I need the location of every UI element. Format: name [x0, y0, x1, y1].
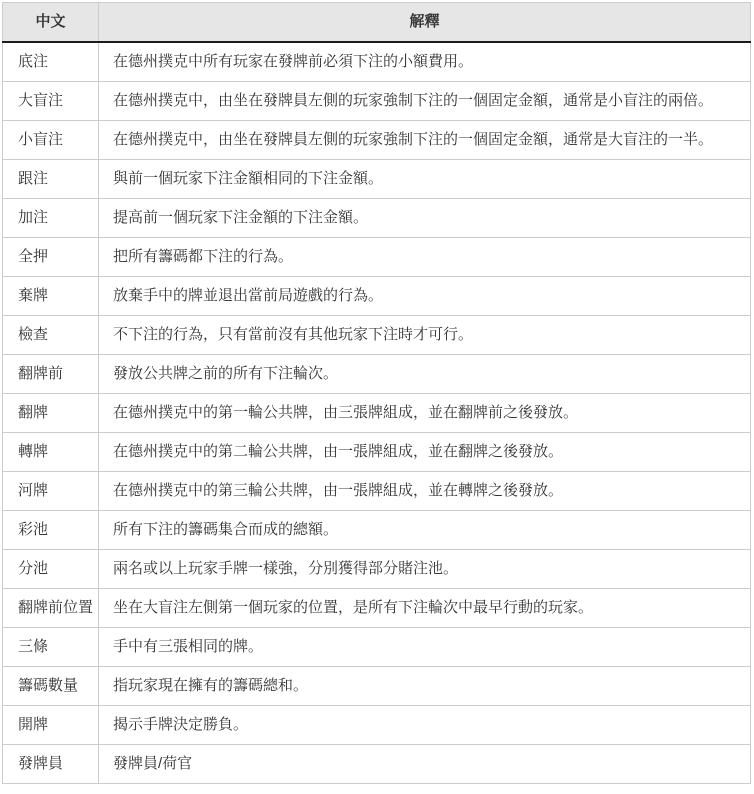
table-row: 翻牌前位置坐在大盲注左側第一個玩家的位置，是所有下注輪次中最早行動的玩家。: [3, 589, 751, 628]
table-row: 分池兩名或以上玩家手牌一樣強，分別獲得部分賭注池。: [3, 550, 751, 589]
table-row: 發牌員發牌員/荷官: [3, 745, 751, 784]
term-cell: 河牌: [3, 472, 99, 511]
term-cell: 轉牌: [3, 433, 99, 472]
definition-cell: 在德州撲克中的第二輪公共牌，由一張牌組成，並在翻牌之後發放。: [99, 433, 751, 472]
term-cell: 加注: [3, 199, 99, 238]
term-cell: 小盲注: [3, 121, 99, 160]
definition-cell: 發牌員/荷官: [99, 745, 751, 784]
poker-glossary-table: 中文 解釋 底注在德州撲克中所有玩家在發牌前必須下注的小額費用。大盲注在德州撲克…: [2, 2, 751, 784]
term-cell: 翻牌: [3, 394, 99, 433]
term-cell: 跟注: [3, 160, 99, 199]
table-row: 小盲注在德州撲克中，由坐在發牌員左側的玩家強制下注的一個固定金額，通常是大盲注的…: [3, 121, 751, 160]
table-row: 籌碼數量指玩家現在擁有的籌碼總和。: [3, 667, 751, 706]
definition-cell: 所有下注的籌碼集合而成的總額。: [99, 511, 751, 550]
header-term: 中文: [3, 3, 99, 43]
header-definition: 解釋: [99, 3, 751, 43]
table-row: 河牌在德州撲克中的第三輪公共牌，由一張牌組成，並在轉牌之後發放。: [3, 472, 751, 511]
table-row: 底注在德州撲克中所有玩家在發牌前必須下注的小額費用。: [3, 42, 751, 82]
term-cell: 彩池: [3, 511, 99, 550]
table-row: 三條手中有三張相同的牌。: [3, 628, 751, 667]
table-row: 加注提高前一個玩家下注金額的下注金額。: [3, 199, 751, 238]
definition-cell: 在德州撲克中的第三輪公共牌，由一張牌組成，並在轉牌之後發放。: [99, 472, 751, 511]
definition-cell: 放棄手中的牌並退出當前局遊戲的行為。: [99, 277, 751, 316]
definition-cell: 在德州撲克中，由坐在發牌員左側的玩家強制下注的一個固定金額，通常是小盲注的兩倍。: [99, 82, 751, 121]
table-row: 翻牌在德州撲克中的第一輪公共牌，由三張牌組成，並在翻牌前之後發放。: [3, 394, 751, 433]
definition-cell: 揭示手牌決定勝負。: [99, 706, 751, 745]
term-cell: 翻牌前位置: [3, 589, 99, 628]
definition-cell: 與前一個玩家下注金額相同的下注金額。: [99, 160, 751, 199]
definition-cell: 指玩家現在擁有的籌碼總和。: [99, 667, 751, 706]
term-cell: 開牌: [3, 706, 99, 745]
definition-cell: 在德州撲克中所有玩家在發牌前必須下注的小額費用。: [99, 42, 751, 82]
term-cell: 全押: [3, 238, 99, 277]
table-row: 跟注與前一個玩家下注金額相同的下注金額。: [3, 160, 751, 199]
definition-cell: 提高前一個玩家下注金額的下注金額。: [99, 199, 751, 238]
term-cell: 檢查: [3, 316, 99, 355]
definition-cell: 兩名或以上玩家手牌一樣強，分別獲得部分賭注池。: [99, 550, 751, 589]
definition-cell: 坐在大盲注左側第一個玩家的位置，是所有下注輪次中最早行動的玩家。: [99, 589, 751, 628]
table-row: 大盲注在德州撲克中，由坐在發牌員左側的玩家強制下注的一個固定金額，通常是小盲注的…: [3, 82, 751, 121]
definition-cell: 發放公共牌之前的所有下注輪次。: [99, 355, 751, 394]
table-header: 中文 解釋: [3, 3, 751, 43]
definition-cell: 把所有籌碼都下注的行為。: [99, 238, 751, 277]
table-row: 開牌揭示手牌決定勝負。: [3, 706, 751, 745]
definition-cell: 不下注的行為，只有當前沒有其他玩家下注時才可行。: [99, 316, 751, 355]
definition-cell: 在德州撲克中的第一輪公共牌，由三張牌組成，並在翻牌前之後發放。: [99, 394, 751, 433]
table-row: 全押把所有籌碼都下注的行為。: [3, 238, 751, 277]
table-row: 翻牌前發放公共牌之前的所有下注輪次。: [3, 355, 751, 394]
table-row: 檢查不下注的行為，只有當前沒有其他玩家下注時才可行。: [3, 316, 751, 355]
term-cell: 發牌員: [3, 745, 99, 784]
term-cell: 三條: [3, 628, 99, 667]
table-row: 棄牌放棄手中的牌並退出當前局遊戲的行為。: [3, 277, 751, 316]
term-cell: 籌碼數量: [3, 667, 99, 706]
term-cell: 棄牌: [3, 277, 99, 316]
table-row: 轉牌在德州撲克中的第二輪公共牌，由一張牌組成，並在翻牌之後發放。: [3, 433, 751, 472]
definition-cell: 手中有三張相同的牌。: [99, 628, 751, 667]
term-cell: 底注: [3, 42, 99, 82]
term-cell: 翻牌前: [3, 355, 99, 394]
table-row: 彩池所有下注的籌碼集合而成的總額。: [3, 511, 751, 550]
glossary-table-body: 底注在德州撲克中所有玩家在發牌前必須下注的小額費用。大盲注在德州撲克中，由坐在發…: [3, 42, 751, 784]
page: 中文 解釋 底注在德州撲克中所有玩家在發牌前必須下注的小額費用。大盲注在德州撲克…: [0, 0, 754, 794]
term-cell: 分池: [3, 550, 99, 589]
header-row: 中文 解釋: [3, 3, 751, 43]
term-cell: 大盲注: [3, 82, 99, 121]
definition-cell: 在德州撲克中，由坐在發牌員左側的玩家強制下注的一個固定金額，通常是大盲注的一半。: [99, 121, 751, 160]
